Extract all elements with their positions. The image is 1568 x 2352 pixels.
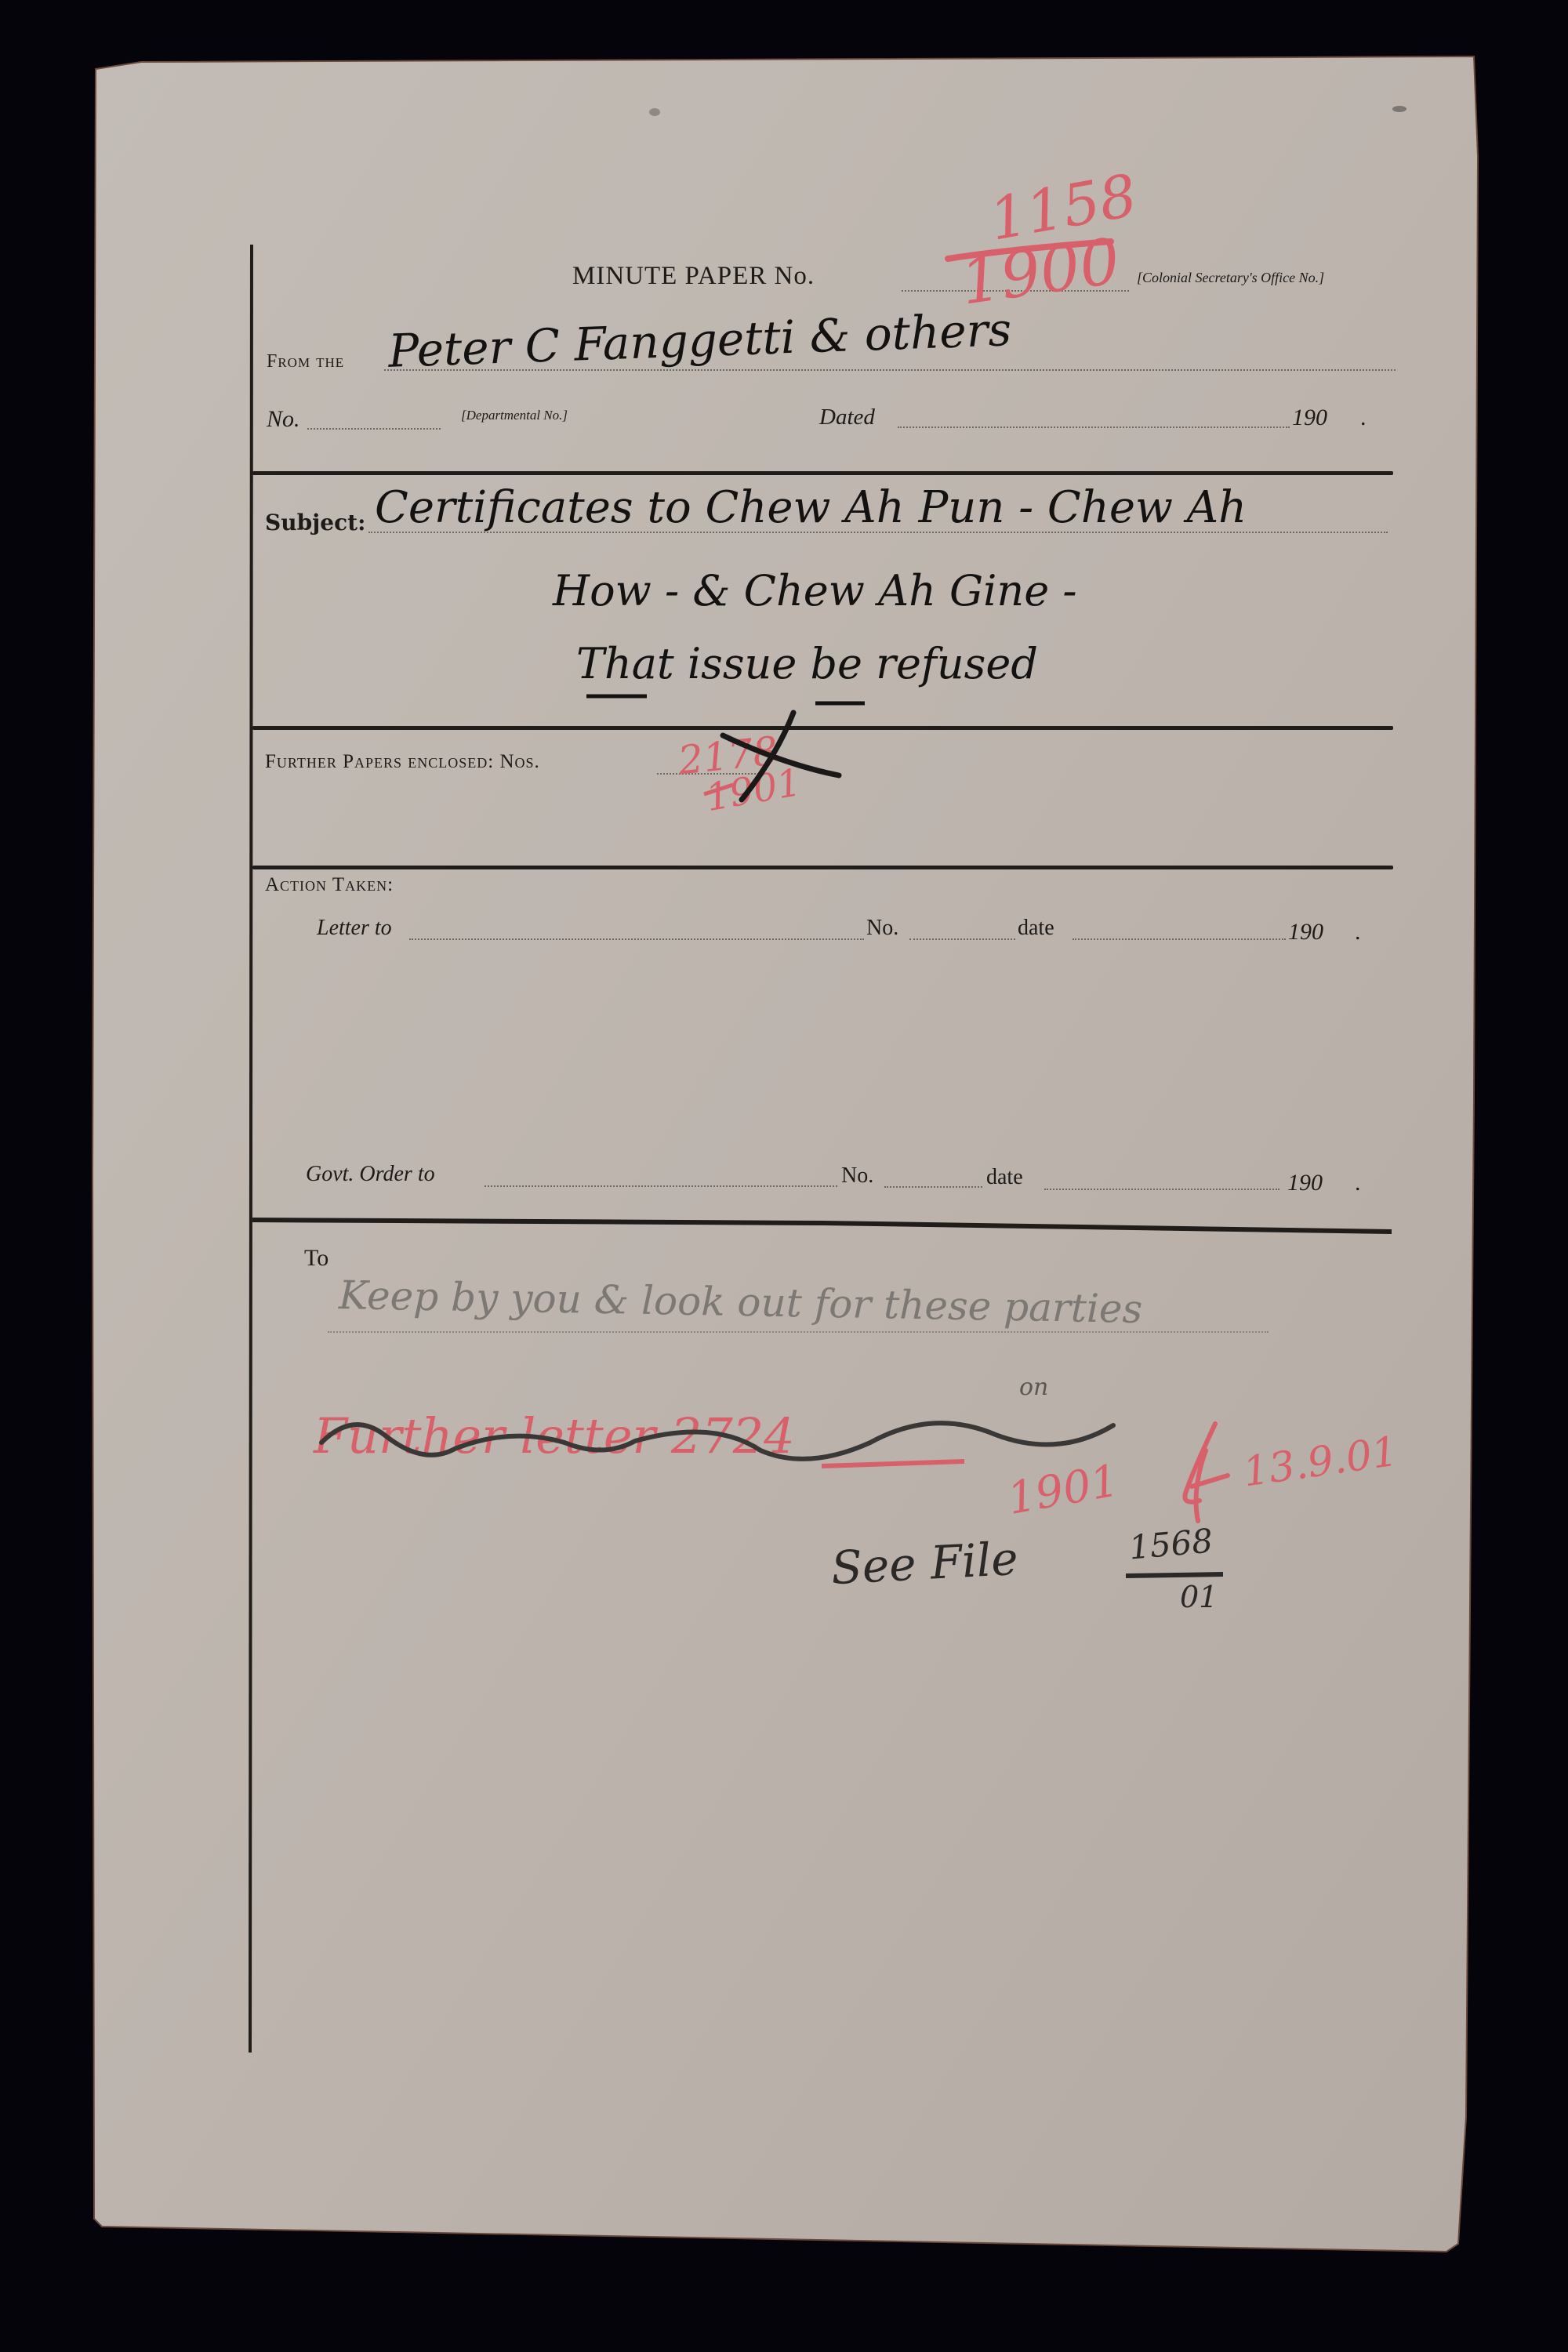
- dated-dotted-line: [898, 426, 1290, 428]
- further-papers-cross-out-mark: [674, 710, 878, 811]
- dated-year-prefix: 190: [1292, 405, 1327, 431]
- from-label: From the: [267, 351, 344, 372]
- see-file-year: 01: [1180, 1580, 1218, 1614]
- letter-year-prefix: 190: [1288, 919, 1323, 946]
- govt-order-date-label: date: [986, 1165, 1023, 1190]
- subject-line-1: Certificates to Chew Ah Pun - Chew Ah: [375, 482, 1247, 533]
- see-file-number: 1568: [1127, 1521, 1214, 1566]
- govt-order-no-dotted-line: [884, 1186, 982, 1188]
- govt-order-dotted-line: [485, 1185, 837, 1187]
- divider-after-further-papers: [252, 866, 1393, 869]
- to-red-note-underline: [815, 1458, 972, 1474]
- minute-paper-document: MINUTE PAPER No. 1158 1900 [Colonial Sec…: [0, 0, 1568, 2352]
- dated-end-mark: .: [1360, 405, 1367, 431]
- letter-date-dotted-line: [1073, 938, 1286, 940]
- govt-order-year-prefix: 190: [1287, 1170, 1323, 1196]
- divider-after-reference: [252, 471, 1393, 475]
- action-taken-label: Action Taken:: [265, 874, 394, 896]
- to-label: To: [304, 1245, 328, 1272]
- govt-order-label: Govt. Order to: [306, 1162, 435, 1187]
- subject-line-3: That issue be refused: [576, 639, 1038, 688]
- see-file-note: See File: [829, 1532, 1019, 1595]
- letter-date-label: date: [1018, 916, 1054, 941]
- to-red-note-superscript: on: [1019, 1374, 1048, 1401]
- office-note: [Colonial Secretary's Office No.]: [1137, 270, 1324, 286]
- letter-to-label: Letter to: [317, 916, 392, 941]
- letter-no-label: No.: [866, 916, 898, 941]
- red-initial-mark: [1176, 1419, 1239, 1529]
- govt-order-no-label: No.: [841, 1163, 873, 1189]
- letter-end-mark: .: [1355, 919, 1361, 946]
- letter-to-dotted-line: [409, 938, 864, 940]
- subject-line-2: How - & Chew Ah Gine -: [553, 566, 1077, 615]
- letter-no-dotted-line: [909, 938, 1015, 940]
- no-label: No.: [267, 406, 300, 433]
- govt-order-date-dotted-line: [1044, 1189, 1279, 1190]
- no-dotted-line: [307, 428, 441, 430]
- further-papers-label: Further Papers enclosed: Nos.: [265, 751, 540, 773]
- departmental-note: [Departmental No.]: [461, 408, 568, 423]
- govt-order-end-mark: .: [1355, 1170, 1361, 1196]
- to-pencil-scribble-strike: [306, 1411, 1121, 1466]
- divider-after-action-taken: [251, 1215, 1396, 1239]
- minute-paper-title: MINUTE PAPER No.: [572, 262, 815, 291]
- dated-label: Dated: [819, 405, 875, 430]
- subject-label: Subject:: [265, 510, 365, 535]
